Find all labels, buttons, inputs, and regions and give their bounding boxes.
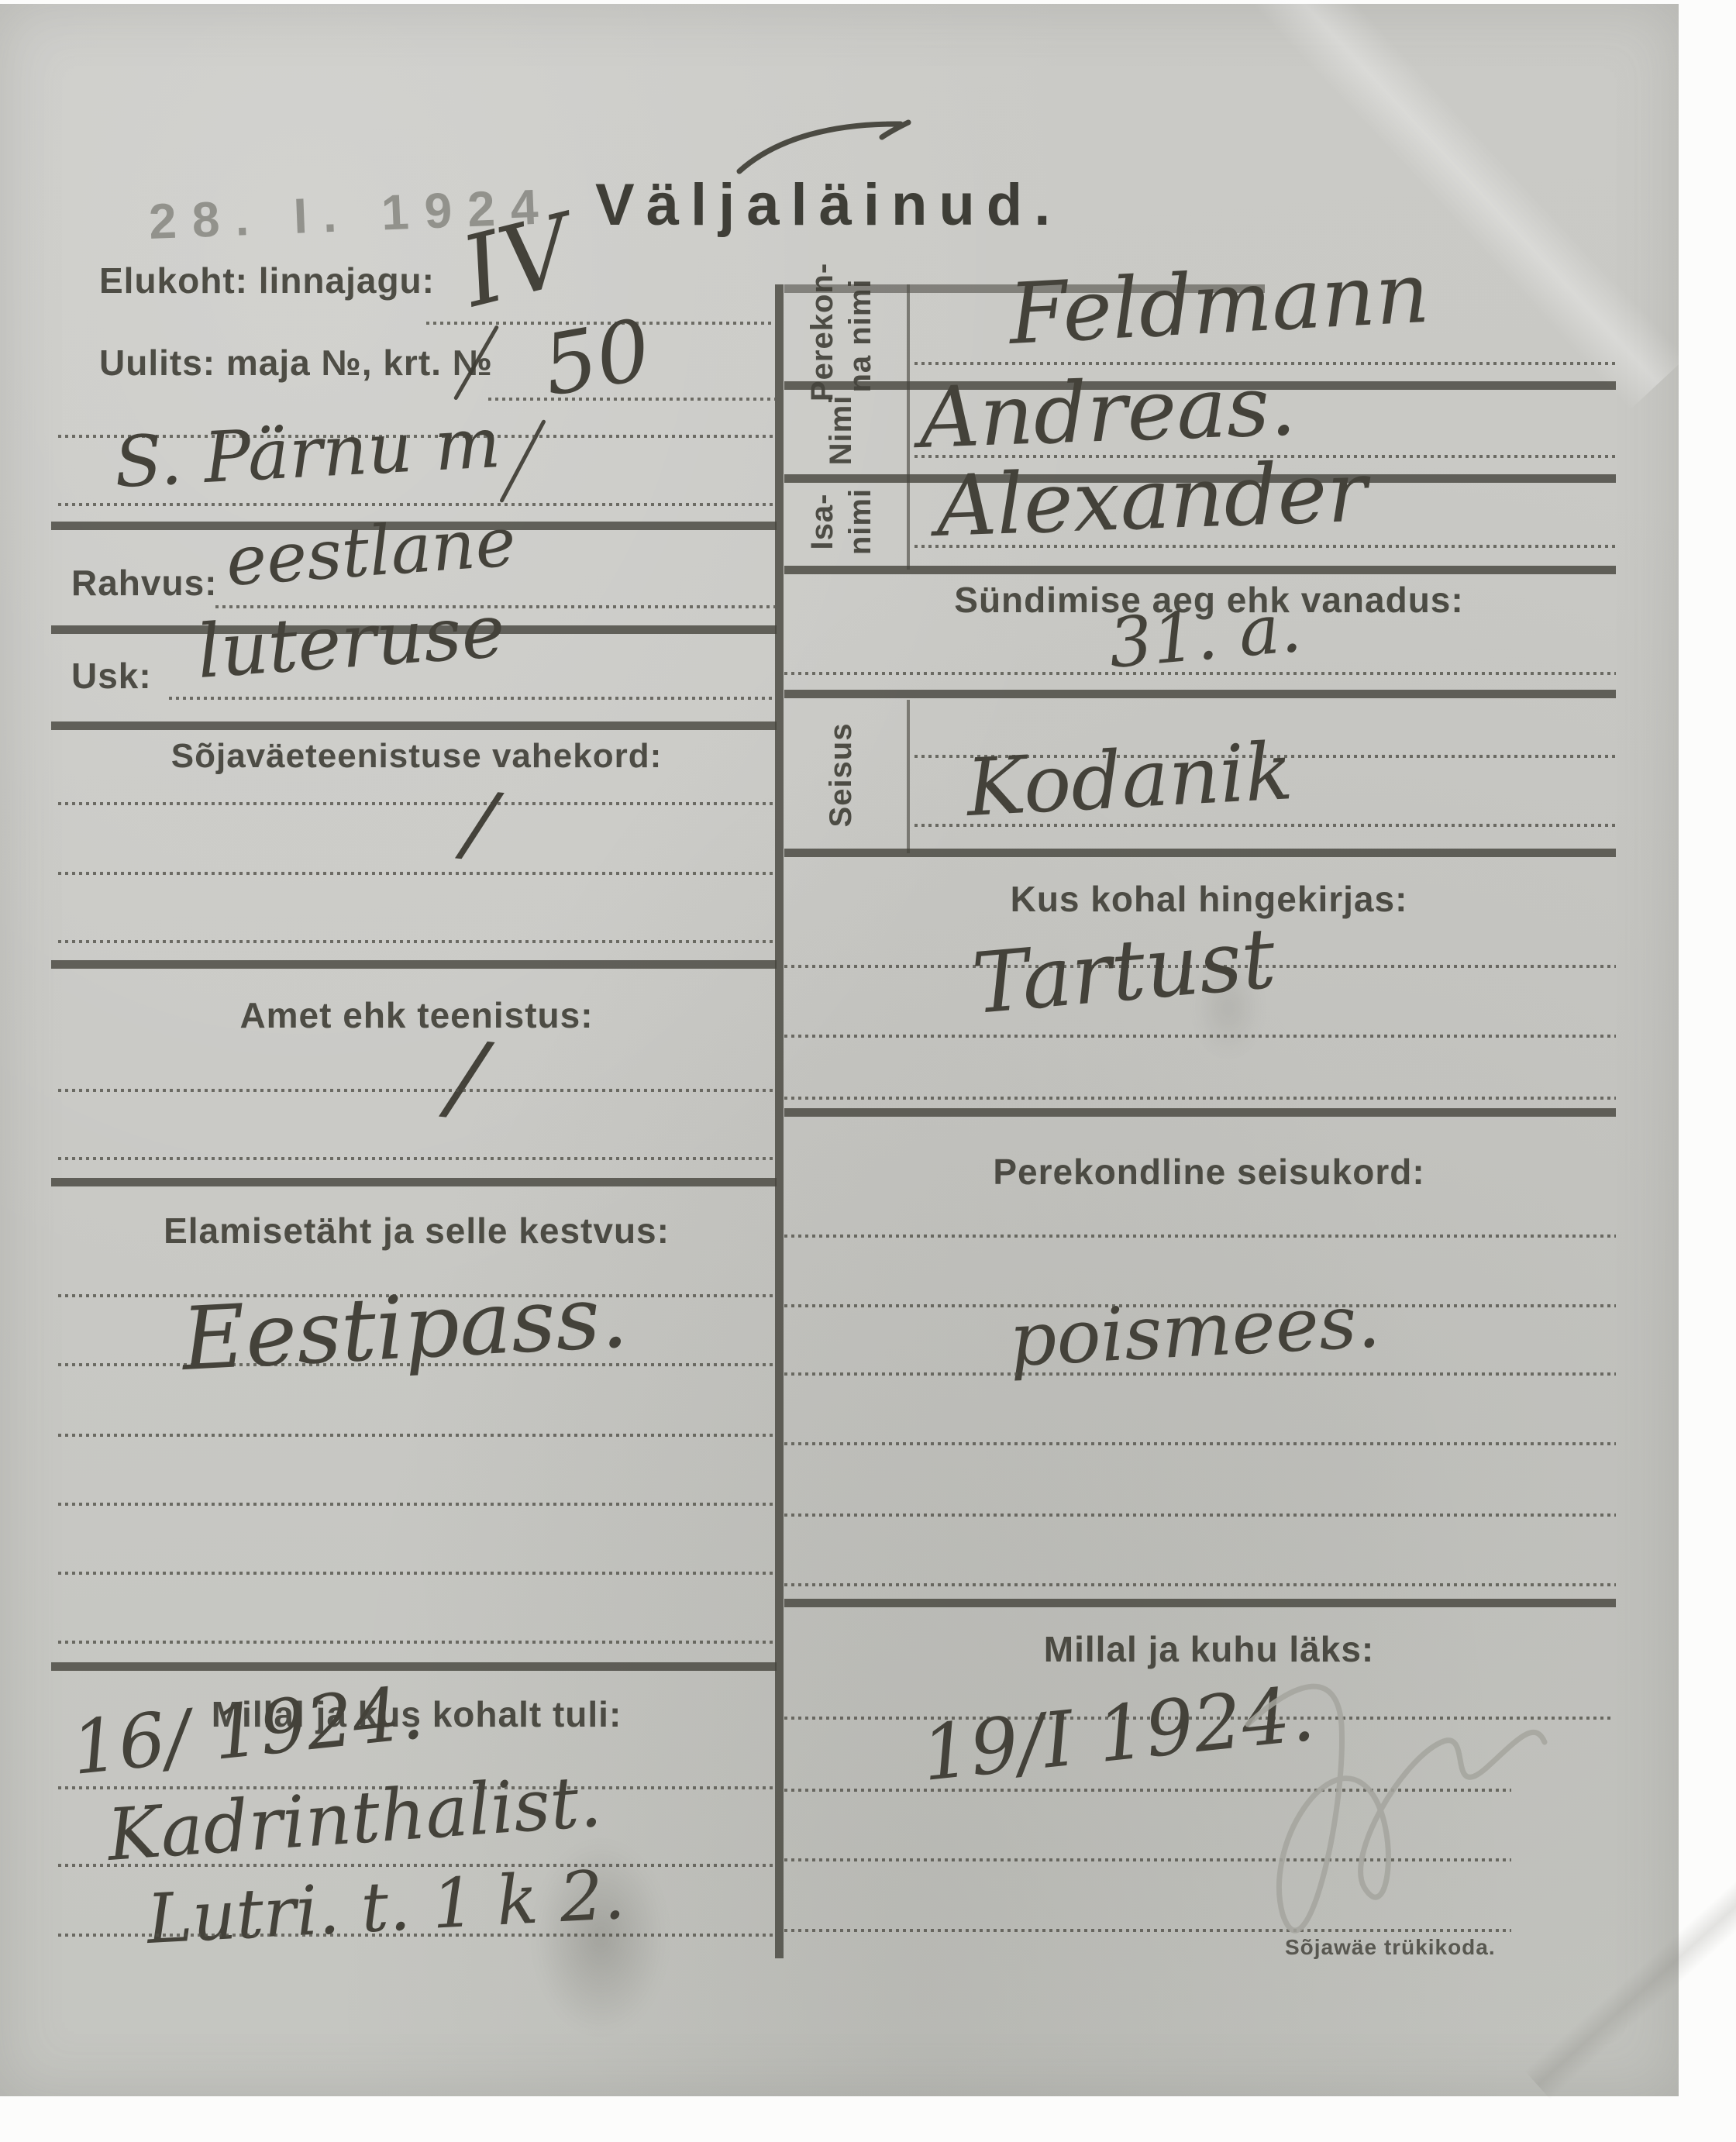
- divider-line: [784, 1599, 1616, 1607]
- nationality-label: Rahvus:: [71, 562, 217, 604]
- residence-permit-value-handwriting: Eestipass.: [180, 1273, 629, 1383]
- dotted-line: [784, 1514, 1616, 1517]
- dotted-line: [784, 1583, 1616, 1586]
- dotted-line: [784, 1372, 1616, 1376]
- occupation-value-handwriting: /: [446, 1028, 488, 1128]
- arrival-address-handwriting: Lutri. t. 1 k 2.: [145, 1861, 626, 1954]
- divider-line: [51, 1178, 777, 1186]
- dotted-line: [58, 1503, 775, 1506]
- dotted-line: [58, 940, 775, 943]
- label-column-line: [907, 700, 910, 853]
- surname-value-handwriting: Feldmann: [1007, 252, 1431, 357]
- family-status-value-handwriting: poismees.: [1007, 1285, 1382, 1378]
- divider-line: [51, 1662, 777, 1671]
- residence-permit-label: Elamisetäht ja selle kestvus:: [58, 1210, 775, 1252]
- military-service-label: Sõjaväeteenistuse vahekord:: [58, 737, 775, 776]
- divider-line: [51, 721, 777, 730]
- military-service-value-handwriting: /: [461, 780, 498, 867]
- dotted-line: [58, 1089, 775, 1092]
- pen-flourish-icon: [735, 114, 913, 180]
- residence-value-handwriting: IV: [453, 201, 582, 322]
- divider-line: [784, 566, 1616, 574]
- nationality-value-handwriting: eestlane: [224, 508, 518, 596]
- pencil-signature: [1205, 1651, 1577, 2015]
- dotted-line: [58, 1572, 775, 1575]
- dotted-line: [58, 872, 775, 875]
- form-title: Väljaläinud.: [595, 171, 1062, 239]
- scanned-registration-card: 28. I. 1924 Väljaläinud. Elukoht: linnaj…: [0, 0, 1736, 2142]
- arrival-place-handwriting: Kadrinthalist.: [105, 1766, 604, 1872]
- dotted-line: [784, 1035, 1616, 1038]
- first-name-value-handwriting: Andreas.: [918, 364, 1297, 461]
- father-name-label: Isa- nimi: [804, 479, 878, 564]
- father-name-value-handwriting: Alexander: [935, 451, 1368, 549]
- paper-sheet: 28. I. 1924 Väljaläinud. Elukoht: linnaj…: [0, 4, 1679, 2096]
- dotted-line: [784, 1097, 1616, 1100]
- pen-stroke: [499, 419, 546, 503]
- street-name-handwriting: S. Pärnu m: [112, 408, 502, 498]
- registry-label: Kus kohal hingekirjas:: [845, 878, 1573, 920]
- center-divider: [775, 284, 784, 1958]
- printer-mark: Sõjawäe trükikoda.: [1285, 1935, 1496, 1960]
- dotted-line: [784, 1235, 1616, 1238]
- street-label: Uulits: maja №, krt. №: [99, 342, 493, 384]
- birth-value-handwriting: 31. a.: [1106, 594, 1304, 678]
- divider-line: [784, 849, 1616, 857]
- dotted-line: [58, 1434, 775, 1437]
- label-column-line: [907, 284, 910, 570]
- divider-line: [51, 960, 777, 969]
- divider-line: [784, 690, 1616, 698]
- dotted-line: [169, 697, 775, 700]
- dotted-line: [784, 1442, 1616, 1445]
- first-name-label: Nimi: [822, 384, 859, 477]
- registry-value-handwriting: Tartust: [970, 917, 1279, 1027]
- dotted-line: [58, 1641, 775, 1644]
- divider-line: [784, 1108, 1616, 1117]
- dotted-line: [58, 1157, 775, 1160]
- dotted-line: [58, 802, 775, 805]
- family-status-label: Perekondline seisukord:: [845, 1151, 1573, 1193]
- occupation-label: Amet ehk teenistus:: [58, 994, 775, 1036]
- status-label: Seisus: [822, 713, 859, 837]
- residence-label: Elukoht: linnajagu:: [99, 260, 435, 301]
- religion-value-handwriting: luteruse: [195, 594, 507, 690]
- religion-label: Usk:: [71, 655, 152, 697]
- street-value-handwriting: 50: [537, 308, 656, 409]
- dotted-line: [58, 1934, 775, 1937]
- status-value-handwriting: Kodanik: [965, 732, 1295, 828]
- dotted-line: [58, 503, 775, 506]
